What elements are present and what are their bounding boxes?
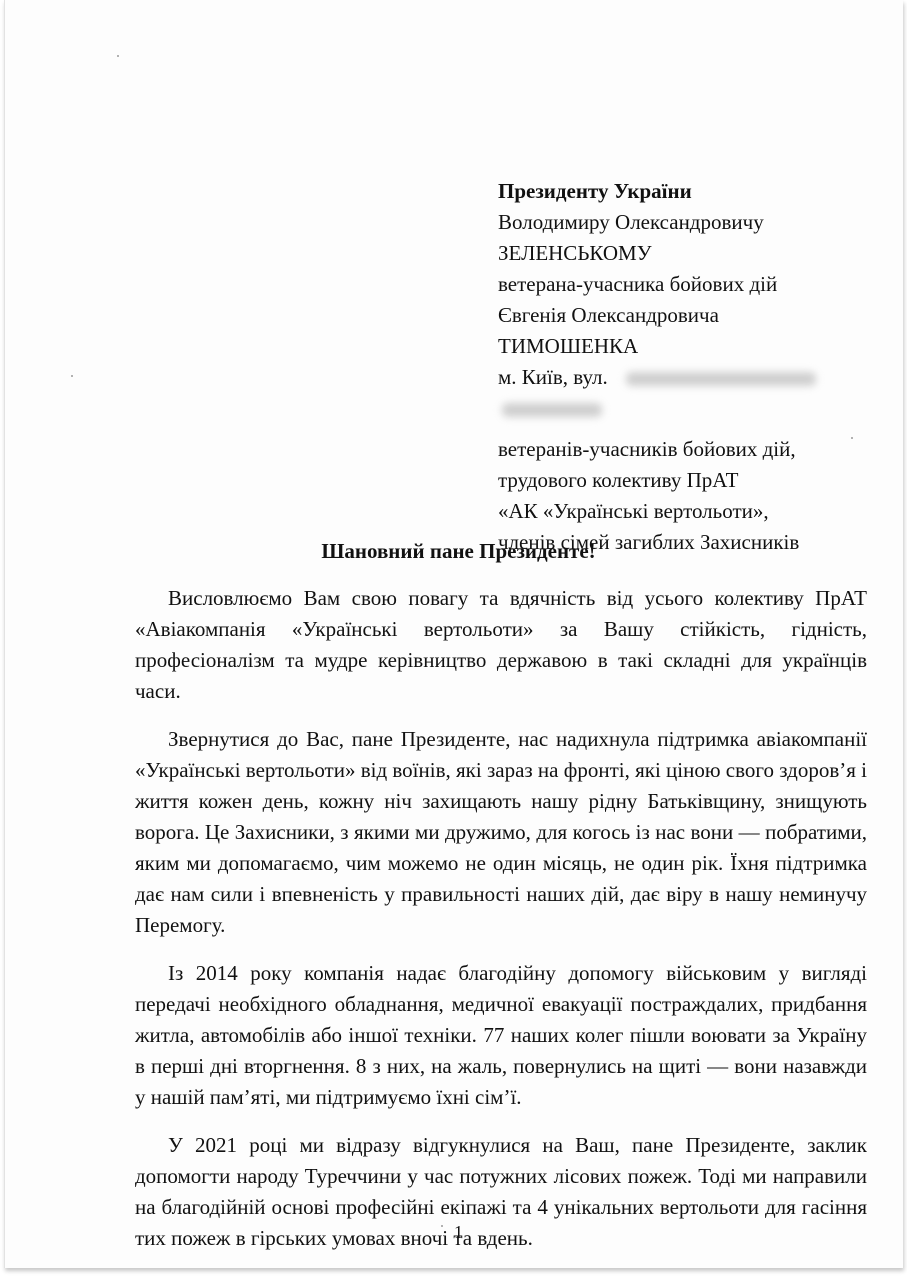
sender-name: Євгенія Олександровича [498,300,898,331]
recipient-name: Володимиру Олександровичу [498,207,898,238]
co-sender-line: «АК «Українські вертольоти», [498,496,898,527]
salutation-heading: Шановний пане Президенте! [5,536,907,567]
co-sender-line: трудового колективу ПрАТ [498,465,898,496]
body-paragraph: Висловлюємо Вам свою повагу та вдячність… [135,583,867,707]
sender-address: м. Київ, вул. [498,362,898,393]
page-number: 1 [5,1222,907,1243]
sender-address-cont [498,393,898,424]
recipient-title: Президенту України [498,176,898,207]
redacted-street [626,372,816,386]
sender-address-prefix: м. Київ, вул. [498,365,608,389]
sender-surname: ТИМОШЕНКА [498,331,898,362]
redacted-house [502,403,602,417]
body-paragraph: Із 2014 року компанія надає благодійну д… [135,958,867,1113]
scan-speck [71,375,73,377]
co-sender-line: ветеранів-учасників бойових дій, [498,434,898,465]
letter-body: Висловлюємо Вам свою повагу та вдячність… [135,583,867,1271]
sender-role: ветерана-учасника бойових дій [498,269,898,300]
addressee-block: Президенту України Володимиру Олександро… [498,176,898,558]
document-page: Президенту України Володимиру Олександро… [4,0,903,1268]
scan-speck [117,55,119,57]
recipient-surname: ЗЕЛЕНСЬКОМУ [498,238,898,269]
body-paragraph: Звернутися до Вас, пане Президенте, нас … [135,724,867,941]
